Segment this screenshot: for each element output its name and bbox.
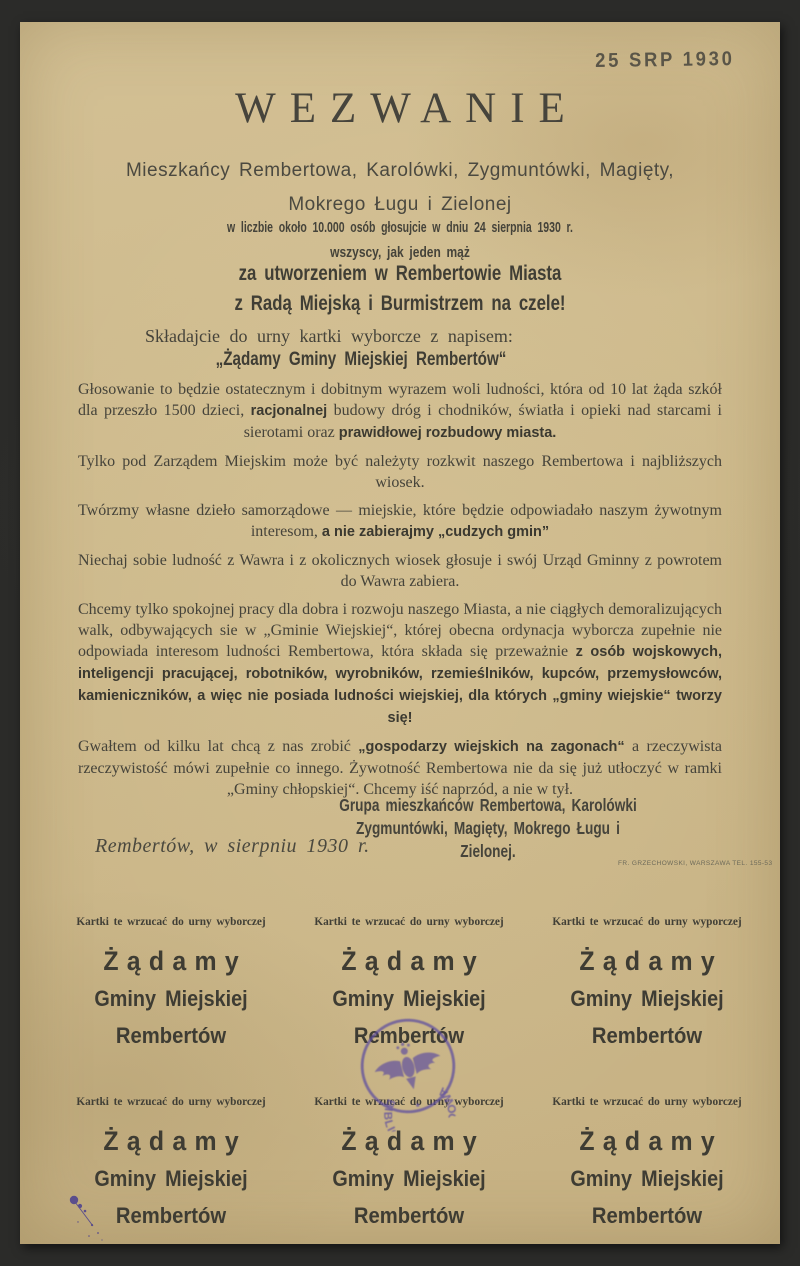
ballot-line-1: Żądamy — [62, 945, 281, 977]
body-paragraph-5: Chcemy tylko spokojnej pracy dla dobra i… — [78, 599, 722, 729]
ballot-line-2: Gminy Miejskiej — [540, 985, 754, 1013]
body-paragraph-6: Gwałtem od kilku lat chcą z nas zrobić „… — [78, 736, 722, 800]
body-paragraph-3: Twórzmy własne dzieło samorządowe — miej… — [78, 500, 722, 543]
body-paragraph-2: Tylko pod Zarządem Miejskim może być nal… — [78, 451, 722, 493]
demand-heading-line-1: za utworzeniem w Rembertowie Miasta — [96, 262, 704, 286]
signature-line-2: Zygmuntówki, Magięty, Mokrego Ługu i Zie… — [332, 817, 644, 863]
ballot-note: Kartki te wrzucać do urny wyborczej — [297, 913, 521, 929]
ballot-line-1: Żądamy — [538, 945, 757, 977]
ballot-note: Kartki te wrzucać do urny wyborczej — [535, 1093, 759, 1109]
ballot-note: Kartki te wrzucać do urny wyporczej — [535, 913, 759, 929]
ballot-line-1: Żądamy — [300, 1125, 519, 1157]
ballot-line-2: Gminy Miejskiej — [64, 1165, 278, 1193]
ballot-line-1: Żądamy — [300, 945, 519, 977]
ballot-line-3: Rembertów — [62, 1022, 281, 1050]
ballot-card: Kartki te wrzucać do urny wyborczej Żąda… — [52, 913, 290, 1050]
ballot-card: Kartki te wrzucać do urny wyborczej Żąda… — [528, 1093, 766, 1230]
scan-background: 25 SRP 1930 WEZWANIE Mieszkańcy Remberto… — [0, 0, 800, 1266]
accession-date-stamp: 25 SRP 1930 — [595, 48, 761, 73]
ballot-note: Kartki te wrzucać do urny wyborczej — [59, 913, 283, 929]
dateline: Rembertów, w sierpniu 1930 r. — [95, 835, 370, 858]
ballot-note: Kartki te wrzucać do urny wyborczej — [59, 1093, 283, 1109]
ballot-instruction: Składajcie do urny kartki wyborcze z nap… — [145, 326, 513, 347]
ballot-line-2: Gminy Miejskiej — [540, 1165, 754, 1193]
signature-block: Grupa mieszkańców Rembertowa, Karolówki … — [332, 794, 644, 863]
ballot-line-2: Gminy Miejskiej — [302, 1165, 516, 1193]
ballot-line-1: Żądamy — [62, 1125, 281, 1157]
ink-splatter — [62, 1190, 142, 1260]
ballot-line-3: Rembertów — [538, 1202, 757, 1230]
ballot-slogan: „Żądamy Gminy Miejskiej Rembertów“ — [57, 349, 665, 371]
ballot-line-3: Rembertów — [538, 1022, 757, 1050]
addressee-line-2: Mokrego Ługu i Zielonej — [20, 188, 780, 222]
ballot-line-1: Żądamy — [538, 1125, 757, 1157]
printer-credit: FR. GRZECHOWSKI, WARSZAWA TEL. 155-53 — [618, 860, 768, 867]
ballot-line-3: Rembertów — [300, 1202, 519, 1230]
ballot-line-2: Gminy Miejskiej — [64, 985, 278, 1013]
addressee-line-1: Mieszkańcy Rembertowa, Karolówki, Zygmun… — [20, 154, 780, 188]
ballot-card: Kartki te wrzucać do urny wyporczej Żąda… — [528, 913, 766, 1050]
signature-line-1: Grupa mieszkańców Rembertowa, Karolówki — [332, 794, 644, 817]
poster-title: WEZWANIE — [20, 84, 780, 133]
unity-line: wszyscy, jak jeden mąż — [96, 244, 704, 261]
poster-paper: 25 SRP 1930 WEZWANIE Mieszkańcy Remberto… — [20, 22, 780, 1244]
voters-count-line: w liczbie około 10.000 osób głosujcie w … — [134, 219, 666, 236]
body-paragraph-4: Niechaj sobie ludność z Wawra i z okolic… — [78, 550, 722, 592]
body-paragraph-1: Głosowanie to będzie ostatecznym i dobit… — [78, 379, 722, 444]
body-text: Głosowanie to będzie ostatecznym i dobit… — [78, 379, 722, 807]
addressee: Mieszkańcy Rembertowa, Karolówki, Zygmun… — [20, 154, 780, 222]
demand-heading-line-2: z Radą Miejską i Burmistrzem na czele! — [96, 292, 704, 316]
